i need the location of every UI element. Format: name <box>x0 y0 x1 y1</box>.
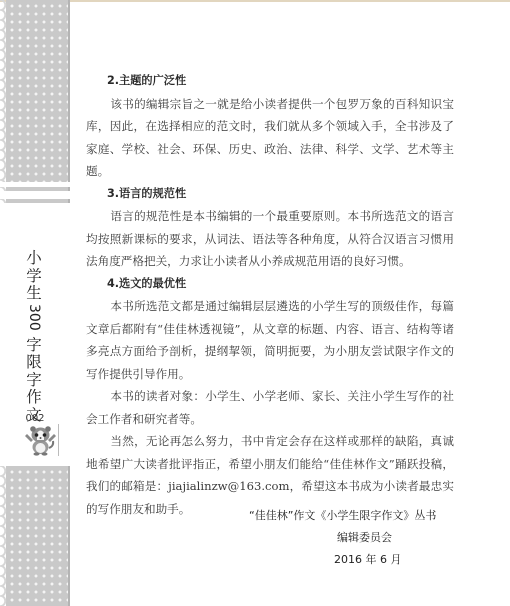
top-edge-strip <box>0 0 510 2</box>
section-heading: 2.主题的广泛性 <box>86 70 454 93</box>
dotted-pattern-bottom <box>6 466 70 606</box>
signature-block: “佳佳林”作文《小学生限字作文》丛书 编辑委员会 2016 年 6 月 <box>200 505 510 571</box>
signature-date: 2016 年 6 月 <box>200 549 510 571</box>
dotted-band <box>6 199 70 203</box>
signature-series: “佳佳林”作文《小学生限字作文》丛书 <box>200 505 510 527</box>
paragraph: 本书所选范文都是通过编辑层层遴选的小学生写的顶级佳作，每篇文章后都附有“佳佳林透… <box>86 295 454 385</box>
section-heading: 4.选文的最优性 <box>86 273 454 296</box>
book-title-vertical: 小 学 生 300 字 限 字 作 文 <box>19 250 49 424</box>
title-char: 字 <box>19 337 49 355</box>
dotted-band <box>6 187 70 191</box>
paragraph: 语言的规范性是本书编辑的一个最重要原则。本书所选范文的语言均按照新课标的要求，从… <box>86 205 454 273</box>
preface-body: 2.主题的广泛性 该书的编辑宗旨之一就是给小读者提供一个包罗万象的百科知识宝库，… <box>86 70 454 520</box>
title-char: 学 <box>19 268 49 286</box>
title-char: 生 <box>19 285 49 303</box>
title-char: 小 <box>19 250 49 268</box>
section-heading: 3.语言的规范性 <box>86 183 454 206</box>
dotted-pattern-top <box>6 0 70 182</box>
paragraph: 该书的编辑宗旨之一就是给小读者提供一个包罗万象的百科知识宝库，因此，在选择相应的… <box>86 93 454 183</box>
title-char: 限 <box>19 354 49 372</box>
signature-committee: 编辑委员会 <box>200 527 510 549</box>
page-number: 002 <box>22 413 48 424</box>
title-number: 300 <box>26 304 42 331</box>
title-char: 字 <box>19 372 49 390</box>
title-char: 作 <box>19 389 49 407</box>
page-sidebar: 小 学 生 300 字 限 字 作 文 002 <box>0 0 70 606</box>
paragraph: 本书的读者对象：小学生、小学老师、家长、关注小学生写作的社会工作者和研究者等。 <box>86 385 454 430</box>
cat-mascot-icon <box>24 424 59 456</box>
